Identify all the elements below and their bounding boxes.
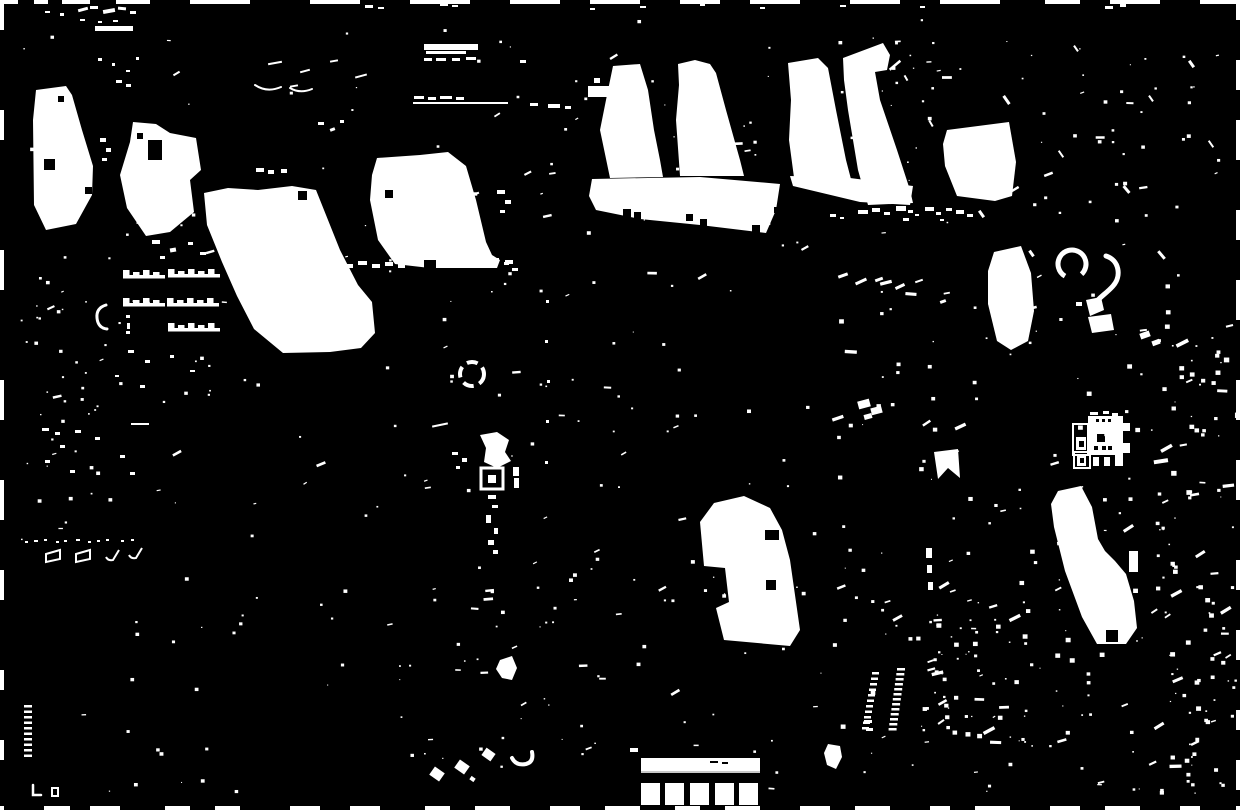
speckle xyxy=(634,197,635,198)
thin-line-road xyxy=(131,423,149,425)
speckle xyxy=(82,714,87,715)
speckle xyxy=(1123,153,1125,155)
speckle xyxy=(919,467,924,471)
speckle xyxy=(282,337,285,340)
speckle xyxy=(1211,381,1215,385)
structure-row-3-bump xyxy=(197,300,204,305)
speck-mark-159 xyxy=(44,539,47,541)
speckle xyxy=(855,596,858,599)
speckle xyxy=(1165,325,1170,329)
speckle xyxy=(564,128,567,131)
speckle xyxy=(942,76,952,79)
speckle xyxy=(1177,669,1178,670)
frame-bottom-dash-12 xyxy=(760,805,800,810)
speckle xyxy=(978,602,979,603)
speckle xyxy=(1073,134,1077,137)
speckle xyxy=(813,706,818,708)
speckle xyxy=(258,248,259,249)
speckle xyxy=(477,60,480,63)
speckle xyxy=(802,592,806,596)
speckle xyxy=(351,109,353,111)
speckle xyxy=(389,259,392,261)
speckle xyxy=(501,611,505,614)
speckle xyxy=(40,414,41,415)
speckle xyxy=(1049,745,1052,747)
speckle xyxy=(813,532,817,535)
speck-mark-62 xyxy=(378,7,384,9)
speckle xyxy=(1140,111,1142,113)
comb-1-dash xyxy=(866,705,873,708)
speckle xyxy=(1185,759,1190,763)
speckle xyxy=(1133,589,1138,593)
speckle xyxy=(208,394,210,396)
speckle xyxy=(1130,64,1131,65)
speck-mark-47 xyxy=(424,58,432,61)
speckle xyxy=(1100,653,1105,657)
speck-mark-37 xyxy=(358,261,367,265)
speckle xyxy=(540,383,542,385)
speckle xyxy=(389,270,391,272)
speckle xyxy=(424,753,426,755)
speckle xyxy=(467,489,471,492)
speckle xyxy=(1071,557,1074,559)
speckle xyxy=(504,283,506,285)
speckle xyxy=(172,640,175,643)
frame-top-dash-11 xyxy=(900,0,940,4)
speckle xyxy=(1191,783,1195,786)
speckle xyxy=(91,493,93,495)
speckle xyxy=(937,614,938,615)
comb-2-dash xyxy=(893,698,901,701)
speck-mark-1 xyxy=(90,6,98,9)
hole-5 xyxy=(298,191,307,200)
speck-mark-10 xyxy=(98,58,102,61)
speckle xyxy=(941,654,942,655)
speckle xyxy=(879,192,882,195)
speckle xyxy=(319,273,324,275)
hole-15 xyxy=(765,530,779,540)
hole-11 xyxy=(700,219,707,226)
speck-mark-138 xyxy=(488,540,494,545)
speckle xyxy=(34,342,38,345)
hole-22 xyxy=(1102,419,1105,422)
speck-mark-80 xyxy=(946,208,952,211)
speck-mark-39 xyxy=(385,262,393,266)
speckle xyxy=(891,403,895,406)
speckle xyxy=(104,344,106,346)
speckle xyxy=(109,791,110,792)
strip-topmid xyxy=(424,44,478,50)
speckle xyxy=(1018,489,1021,491)
frame-top-dash-1 xyxy=(48,0,62,4)
speck-mark-68 xyxy=(760,7,765,9)
structure-row-4 xyxy=(168,328,220,332)
speckle xyxy=(934,692,936,694)
speckle xyxy=(1024,642,1027,645)
speckle xyxy=(343,589,347,592)
speckle xyxy=(871,691,876,695)
speckle xyxy=(1221,633,1229,635)
speckle xyxy=(843,619,847,622)
speck-mark-55 xyxy=(520,60,526,63)
speck-mark-69 xyxy=(840,5,846,7)
speckle xyxy=(1232,526,1234,528)
speckle xyxy=(1030,663,1033,666)
speckle xyxy=(975,631,978,634)
speckle xyxy=(944,704,948,708)
speckle xyxy=(1235,413,1240,418)
speckle xyxy=(715,564,717,566)
speck-mark-67 xyxy=(700,4,705,6)
streak-row xyxy=(440,252,470,255)
speckle xyxy=(572,379,574,381)
speckle xyxy=(1021,738,1024,741)
speckle xyxy=(667,430,669,432)
speckle xyxy=(579,664,588,667)
structure-row-1-bump xyxy=(188,269,195,274)
speckle xyxy=(1130,731,1134,734)
speckle xyxy=(1031,55,1032,56)
speckle xyxy=(841,91,844,93)
hole-26 xyxy=(710,761,718,763)
speckle xyxy=(251,535,254,538)
comb-0-dash xyxy=(24,744,32,747)
speckle xyxy=(580,725,583,728)
speckle xyxy=(596,558,600,561)
speckle xyxy=(749,122,751,124)
speckle xyxy=(604,386,611,388)
speckle xyxy=(988,522,991,524)
frame-bottom-dash-10 xyxy=(640,805,675,810)
speckle xyxy=(849,424,853,428)
speckle xyxy=(841,724,846,728)
comb-2-dash xyxy=(889,723,897,726)
speckle xyxy=(263,257,266,260)
speck-mark-148 xyxy=(505,260,513,264)
speckle xyxy=(1098,140,1102,143)
speckle xyxy=(320,604,323,606)
speckle xyxy=(671,285,673,287)
speckle xyxy=(651,80,654,82)
speckle xyxy=(1214,699,1216,701)
speckle xyxy=(550,163,553,165)
speck-mark-124 xyxy=(130,472,135,475)
structure-row-3-bump xyxy=(187,298,194,303)
speckle xyxy=(1191,756,1193,758)
speck-mark-117 xyxy=(55,432,60,435)
speckle xyxy=(1087,672,1091,675)
speckle xyxy=(753,141,756,144)
speckle xyxy=(127,730,130,733)
speckle xyxy=(450,301,451,302)
speckle xyxy=(401,716,403,718)
speckle xyxy=(160,752,164,756)
speckle xyxy=(64,400,67,402)
speckle xyxy=(1014,680,1018,684)
speckle xyxy=(817,131,820,134)
speckle xyxy=(1062,705,1063,706)
speck-mark-170 xyxy=(630,748,638,752)
structure-row-1 xyxy=(168,274,220,278)
speck-mark-157 xyxy=(25,541,28,543)
frame-right-dash-8 xyxy=(1236,660,1240,710)
speckle xyxy=(1214,417,1217,420)
speckle xyxy=(399,665,401,667)
speck-mark-32 xyxy=(256,168,264,172)
speckle xyxy=(698,765,699,766)
binarized-aerial-photograph xyxy=(0,0,1240,810)
road-square-dot xyxy=(488,475,496,483)
speckle xyxy=(548,704,549,705)
speckle xyxy=(916,147,917,148)
speckle xyxy=(968,651,969,652)
speck-mark-135 xyxy=(492,505,498,508)
speckle xyxy=(877,404,881,408)
speck-mark-36 xyxy=(345,264,353,268)
speck-mark-7 xyxy=(80,19,85,21)
speckle xyxy=(676,415,679,418)
speckle xyxy=(848,549,851,552)
speckle xyxy=(1231,715,1234,718)
speckle xyxy=(290,92,293,95)
speckle xyxy=(1009,763,1013,766)
speckle xyxy=(195,688,199,691)
hole-3 xyxy=(148,140,162,160)
speckle xyxy=(1036,331,1037,332)
speckle xyxy=(1104,100,1108,103)
speckle xyxy=(715,124,719,128)
speckle xyxy=(1115,183,1118,186)
speckle xyxy=(321,246,324,249)
frame-bottom-dash-11 xyxy=(700,805,725,810)
speck-mark-73 xyxy=(872,208,880,212)
speckle xyxy=(173,155,176,157)
speckle xyxy=(612,342,615,345)
speck-mark-134 xyxy=(488,495,496,499)
speck-mark-41 xyxy=(436,258,444,261)
speckle xyxy=(1078,425,1083,429)
speckle xyxy=(200,357,204,360)
speck-mark-17 xyxy=(106,148,111,152)
speckle xyxy=(933,428,937,432)
speckle xyxy=(1010,354,1012,356)
structure-row-1-bump xyxy=(178,271,185,276)
hole-0 xyxy=(58,96,64,102)
speckle xyxy=(713,192,716,195)
speckle xyxy=(1192,752,1196,756)
structure-tab-2 xyxy=(1122,443,1130,453)
speckle xyxy=(754,154,756,156)
speckle xyxy=(1023,601,1025,603)
speckle xyxy=(437,145,440,147)
comb-1-dash xyxy=(870,683,877,686)
speckle xyxy=(517,96,520,98)
speck-mark-63 xyxy=(1105,6,1113,9)
speckle xyxy=(64,256,67,258)
speckle xyxy=(974,306,977,309)
speckle xyxy=(97,405,99,407)
speckle xyxy=(1196,706,1201,710)
speckle xyxy=(1170,652,1175,656)
speckle xyxy=(1151,429,1153,430)
speck-mark-142 xyxy=(547,380,550,383)
speckle xyxy=(926,61,931,63)
speckle xyxy=(1175,206,1178,209)
speckle xyxy=(965,732,970,736)
speckle xyxy=(1195,428,1200,432)
speckle xyxy=(895,42,898,45)
speckle xyxy=(457,643,460,646)
hole-21 xyxy=(1096,419,1099,422)
speckle xyxy=(749,483,750,484)
speckle xyxy=(1189,425,1194,429)
speckle xyxy=(330,313,333,316)
speckle xyxy=(680,179,682,181)
speckle xyxy=(1132,751,1134,753)
speckle xyxy=(239,249,243,252)
hole-1 xyxy=(44,159,55,170)
hole-2 xyxy=(85,187,92,194)
speckle xyxy=(1066,638,1071,642)
speckle xyxy=(713,577,714,578)
frame-left-dash-3 xyxy=(0,420,4,480)
speckle xyxy=(237,250,239,252)
speckle xyxy=(1222,627,1225,630)
speckle xyxy=(1077,378,1078,379)
speckle xyxy=(1066,731,1070,735)
scalebar-tab-3 xyxy=(690,783,709,805)
speck-mark-18 xyxy=(102,158,107,161)
speckle xyxy=(169,327,172,330)
speckle xyxy=(1160,789,1164,792)
speckle xyxy=(163,401,165,403)
speckle xyxy=(820,673,821,674)
speck-mark-75 xyxy=(896,206,906,211)
speckle xyxy=(511,455,512,456)
comb-1-dash xyxy=(863,722,870,725)
speck-mark-13 xyxy=(136,57,139,60)
speckle xyxy=(1128,478,1130,480)
speckle xyxy=(958,451,959,452)
speckle xyxy=(21,320,23,322)
speckle xyxy=(948,708,949,709)
speckle xyxy=(975,398,978,401)
speckle xyxy=(328,265,330,267)
frame-bottom-dash-4 xyxy=(240,805,290,810)
speckle xyxy=(1089,713,1092,716)
structure-row-3-bump xyxy=(177,300,184,305)
speckle xyxy=(1157,554,1160,557)
speck-mark-167 xyxy=(131,539,134,541)
speckle xyxy=(224,258,225,259)
speckle xyxy=(1139,788,1140,789)
speckle xyxy=(933,341,934,342)
frame-right-dash-1 xyxy=(1236,90,1240,120)
speckle xyxy=(1217,389,1227,392)
speckle xyxy=(957,658,959,660)
speckle xyxy=(108,498,112,501)
speckle xyxy=(673,136,674,137)
structure-row-0-bump xyxy=(123,270,130,275)
speck-mark-50 xyxy=(466,57,476,60)
speck-mark-121 xyxy=(45,460,50,463)
speckle xyxy=(1162,577,1164,579)
comb-2-dash xyxy=(891,708,899,711)
frame-right-dash-9 xyxy=(1236,730,1240,760)
speckle xyxy=(931,87,934,89)
speckle xyxy=(356,87,357,88)
speckle xyxy=(881,291,883,293)
speckle xyxy=(205,748,208,751)
speckle xyxy=(1136,640,1138,641)
comb-1-dash xyxy=(872,672,879,675)
speck-mark-118 xyxy=(75,430,81,433)
speckle xyxy=(1119,598,1121,599)
speckle xyxy=(181,782,182,783)
speckle xyxy=(704,198,708,202)
comb-0-dash xyxy=(24,738,32,741)
speckle xyxy=(1081,606,1083,608)
speckle xyxy=(597,675,599,677)
speckle xyxy=(180,224,182,226)
speck-mark-166 xyxy=(121,540,124,542)
speck-mark-119 xyxy=(95,437,100,440)
speck-mark-48 xyxy=(436,58,446,61)
speckle xyxy=(647,272,657,275)
scalebar xyxy=(641,758,760,771)
speckle xyxy=(631,407,633,409)
speckle xyxy=(954,643,959,647)
comb-2-dash xyxy=(890,718,898,721)
speck-mark-143 xyxy=(546,420,549,423)
speckle xyxy=(782,459,785,462)
frame-top-dash-2 xyxy=(90,0,116,4)
frame-left-dash-1 xyxy=(0,140,4,250)
speckle xyxy=(1214,768,1218,772)
speckle xyxy=(132,301,133,302)
speckle xyxy=(304,324,305,325)
speckle xyxy=(1209,613,1214,617)
speck-mark-141 xyxy=(545,340,548,343)
speckle xyxy=(1191,765,1192,766)
speckle xyxy=(768,76,769,77)
speckle xyxy=(662,343,665,346)
speckle xyxy=(1065,630,1066,631)
speck-mark-11 xyxy=(112,63,115,66)
speckle xyxy=(1182,694,1186,697)
speckle xyxy=(986,337,988,339)
speckle xyxy=(569,578,573,582)
speckle xyxy=(1166,284,1170,288)
speck-mark-12 xyxy=(126,70,130,72)
speckle xyxy=(1128,497,1132,501)
speckle xyxy=(782,648,785,651)
speckle xyxy=(990,741,1001,745)
speck-mark-132 xyxy=(513,467,519,476)
frame-bottom-dash-2 xyxy=(120,805,165,810)
hole-14 xyxy=(766,580,776,590)
speckle xyxy=(256,597,258,599)
frame-bottom-dash-5 xyxy=(320,805,350,810)
speckle xyxy=(862,569,866,572)
speckle xyxy=(592,281,595,284)
speck-mark-129 xyxy=(452,452,458,455)
speck-mark-33 xyxy=(268,170,274,174)
speckle xyxy=(130,678,134,681)
speck-mark-66 xyxy=(640,6,646,8)
speckle xyxy=(1125,410,1128,413)
comb-0-dash xyxy=(24,722,32,725)
